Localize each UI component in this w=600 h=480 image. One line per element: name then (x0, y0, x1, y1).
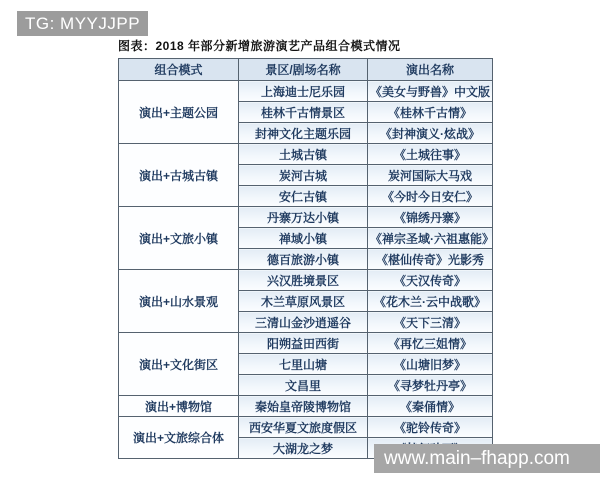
mode-cell: 演出+文旅小镇 (119, 207, 239, 270)
show-cell: 《锦绣丹寨》 (368, 207, 493, 228)
venue-cell: 兴汉胜境景区 (239, 270, 368, 291)
show-cell: 《天汉传奇》 (368, 270, 493, 291)
table-row: 演出+主题公园上海迪士尼乐园《美女与野兽》中文版 (119, 81, 493, 102)
venue-cell: 七里山塘 (239, 354, 368, 375)
venue-cell: 文昌里 (239, 375, 368, 396)
show-cell: 《花木兰·云中战歌》 (368, 291, 493, 312)
venue-cell: 西安华夏文旅度假区 (239, 417, 368, 438)
column-header-mode: 组合模式 (119, 59, 239, 81)
performance-table: 组合模式 景区/剧场名称 演出名称 演出+主题公园上海迪士尼乐园《美女与野兽》中… (118, 58, 493, 459)
venue-cell: 德百旅游小镇 (239, 249, 368, 270)
venue-cell: 桂林千古情景区 (239, 102, 368, 123)
venue-cell: 大湖龙之梦 (239, 438, 368, 459)
mode-cell: 演出+古城古镇 (119, 144, 239, 207)
table-row: 演出+文旅小镇丹寨万达小镇《锦绣丹寨》 (119, 207, 493, 228)
mode-cell: 演出+博物馆 (119, 396, 239, 417)
show-cell: 《禅宗圣域·六祖惠能》 (368, 228, 493, 249)
mode-cell: 演出+主题公园 (119, 81, 239, 144)
mode-cell: 演出+文旅综合体 (119, 417, 239, 459)
mode-cell: 演出+文化街区 (119, 333, 239, 396)
show-cell: 《山塘旧梦》 (368, 354, 493, 375)
venue-cell: 炭河古城 (239, 165, 368, 186)
column-header-venue: 景区/剧场名称 (239, 59, 368, 81)
show-cell: 《美女与野兽》中文版 (368, 81, 493, 102)
mode-cell: 演出+山水景观 (119, 270, 239, 333)
show-cell: 《椹仙传奇》光影秀 (368, 249, 493, 270)
show-cell: 《秦俑情》 (368, 396, 493, 417)
show-cell: 《天下三清》 (368, 312, 493, 333)
venue-cell: 土城古镇 (239, 144, 368, 165)
performance-table-body: 演出+主题公园上海迪士尼乐园《美女与野兽》中文版桂林千古情景区《桂林千古情》封神… (119, 81, 493, 459)
show-cell: 《土城往事》 (368, 144, 493, 165)
figure-block: 图表：2018 年部分新增旅游演艺产品组合模式情况 组合模式 景区/剧场名称 演… (118, 37, 492, 459)
table-row: 演出+古城古镇土城古镇《土城往事》 (119, 144, 493, 165)
venue-cell: 丹寨万达小镇 (239, 207, 368, 228)
table-row: 演出+文化街区阳朔益田西街《再忆三姐情》 (119, 333, 493, 354)
venue-cell: 木兰草原风景区 (239, 291, 368, 312)
table-row: 演出+文旅综合体西安华夏文旅度假区《驼铃传奇》 (119, 417, 493, 438)
document-page: TG: MYYJJPP 图表：2018 年部分新增旅游演艺产品组合模式情况 组合… (0, 0, 600, 480)
table-row: 演出+山水景观兴汉胜境景区《天汉传奇》 (119, 270, 493, 291)
venue-cell: 封神文化主题乐园 (239, 123, 368, 144)
tg-watermark-badge: TG: MYYJJPP (17, 11, 148, 36)
column-header-show: 演出名称 (368, 59, 493, 81)
show-cell: 《再忆三姐情》 (368, 333, 493, 354)
show-cell: 《驼铃传奇》 (368, 417, 493, 438)
show-cell: 《寻梦牡丹亭》 (368, 375, 493, 396)
show-cell: 《封神演义·炫战》 (368, 123, 493, 144)
table-row: 演出+博物馆秦始皇帝陵博物馆《秦俑情》 (119, 396, 493, 417)
venue-cell: 禅域小镇 (239, 228, 368, 249)
show-cell: 炭河国际大马戏 (368, 165, 493, 186)
venue-cell: 秦始皇帝陵博物馆 (239, 396, 368, 417)
site-url-bar: www.main–fhapp.com (374, 444, 600, 473)
venue-cell: 阳朔益田西街 (239, 333, 368, 354)
venue-cell: 三清山金沙逍遥谷 (239, 312, 368, 333)
venue-cell: 上海迪士尼乐园 (239, 81, 368, 102)
venue-cell: 安仁古镇 (239, 186, 368, 207)
figure-title: 图表：2018 年部分新增旅游演艺产品组合模式情况 (118, 37, 492, 54)
show-cell: 《今时今日安仁》 (368, 186, 493, 207)
show-cell: 《桂林千古情》 (368, 102, 493, 123)
header-row: 组合模式 景区/剧场名称 演出名称 (119, 59, 493, 81)
